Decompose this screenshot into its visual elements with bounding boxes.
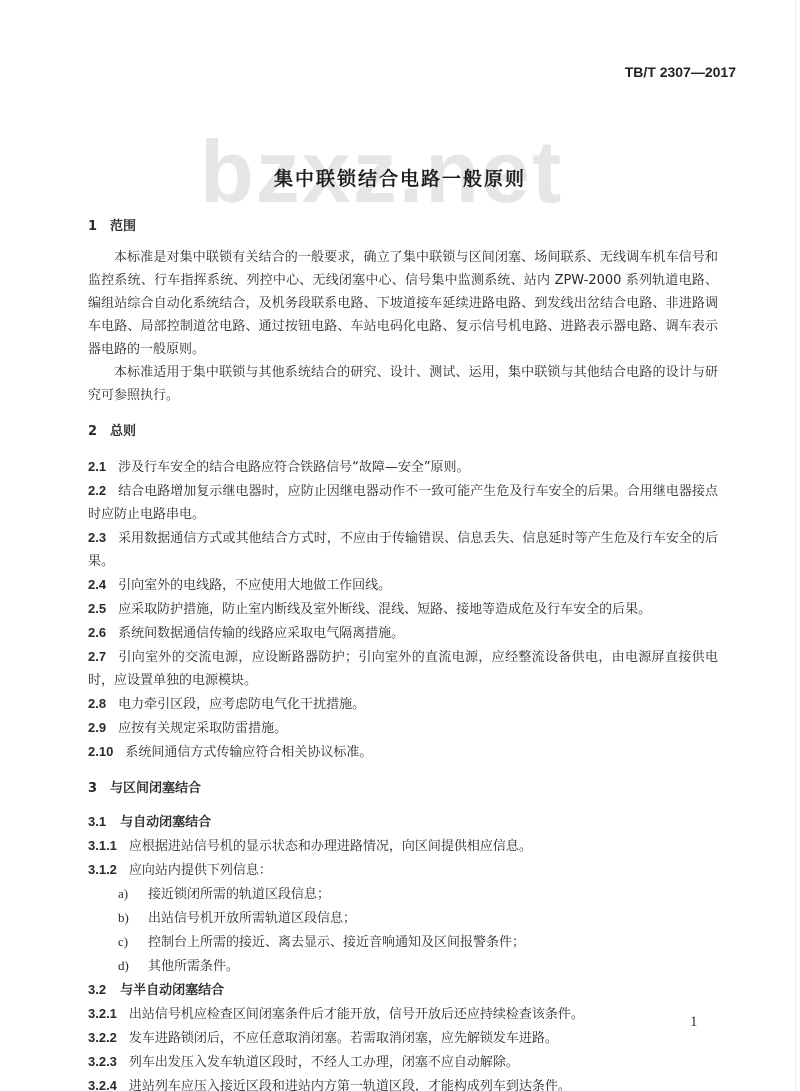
list-label: a) (118, 882, 148, 905)
clause-2-6: 2.6系统间数据通信传输的线路应采取电气隔离措施。 (88, 621, 718, 645)
clause-3-2-4: 3.2.4进站列车应压入接近区段和进站内方第一轨道区段，才能构成列车到达条件。 (88, 1074, 718, 1091)
clause-2-5: 2.5应采取防护措施，防止室内断线及室外断线、混线、短路、接地等造成危及行车安全… (88, 597, 718, 621)
clause-number: 2.2 (88, 483, 106, 498)
clause-text: 系统间通信方式传输应符合相关协议标准。 (125, 745, 372, 760)
subsection-heading-3-1: 3.1与自动闭塞结合 (88, 810, 718, 834)
clause-3-1-1: 3.1.1应根据进站信号机的显示状态和办理进路情况，向区间提供相应信息。 (88, 834, 718, 858)
clause-text: 引向室外的电线路，不应使用大地做工作回线。 (118, 578, 391, 593)
section-title: 总则 (110, 424, 136, 439)
clause-text: 结合电路增加复示继电器时，应防止因继电器动作不一致可能产生危及行车安全的后果。合… (88, 484, 718, 522)
list-text: 控制台上所需的接近、离去显示、接近音响通知及区间报警条件； (148, 935, 525, 950)
clause-number: 2.9 (88, 720, 106, 735)
clause-2-7: 2.7引向室外的交流电源，应设断路器防护；引向室外的直流电源，应经整流设备供电，… (88, 645, 718, 692)
clause-2-4: 2.4引向室外的电线路，不应使用大地做工作回线。 (88, 573, 718, 597)
section-heading-1: 1范围 (88, 216, 718, 238)
document-body: 1范围 本标准是对集中联锁有关结合的一般要求，确立了集中联锁与区间闭塞、场间联系… (88, 216, 718, 1091)
clause-number: 3.2.3 (88, 1054, 117, 1069)
clause-text: 涉及行车安全的结合电路应符合铁路信号“故障—安全”原则。 (118, 460, 469, 475)
clause-text: 应按有关规定采取防雷措施。 (118, 721, 287, 736)
paragraph: 本标准是对集中联锁有关结合的一般要求，确立了集中联锁与区间闭塞、场间联系、无线调… (88, 246, 718, 361)
section-title: 范围 (110, 219, 136, 234)
clause-text: 电力牵引区段，应考虑防电气化干扰措施。 (118, 697, 365, 712)
clause-number: 2.6 (88, 625, 106, 640)
section-title: 与区间闭塞结合 (110, 781, 201, 796)
section-heading-2: 2总则 (88, 421, 718, 443)
list-item-c: c)控制台上所需的接近、离去显示、接近音响通知及区间报警条件； (88, 930, 718, 954)
clause-2-2: 2.2结合电路增加复示继电器时，应防止因继电器动作不一致可能产生危及行车安全的后… (88, 479, 718, 526)
clause-text: 系统间数据通信传输的线路应采取电气隔离措施。 (118, 626, 404, 641)
clause-text: 列车出发压入发车轨道区段时，不经人工办理，闭塞不应自动解除。 (129, 1055, 519, 1070)
list-text: 其他所需条件。 (148, 959, 239, 974)
subsection-number: 3.2 (88, 982, 106, 997)
clause-3-1-2: 3.1.2应向站内提供下列信息： (88, 858, 718, 882)
clause-text: 进站列车应压入接近区段和进站内方第一轨道区段，才能构成列车到达条件。 (129, 1079, 571, 1091)
subsection-heading-3-2: 3.2与半自动闭塞结合 (88, 978, 718, 1002)
list-item-a: a)接近锁闭所需的轨道区段信息； (88, 882, 718, 906)
section-heading-3: 3与区间闭塞结合 (88, 778, 718, 800)
clause-2-8: 2.8电力牵引区段，应考虑防电气化干扰措施。 (88, 692, 718, 716)
clause-text: 应采取防护措施，防止室内断线及室外断线、混线、短路、接地等造成危及行车安全的后果… (118, 602, 651, 617)
clause-2-3: 2.3采用数据通信方式或其他结合方式时，不应由于传输错误、信息丢失、信息延时等产… (88, 526, 718, 573)
list-label: d) (118, 954, 148, 977)
clause-2-1: 2.1涉及行车安全的结合电路应符合铁路信号“故障—安全”原则。 (88, 455, 718, 479)
list-text: 出站信号机开放所需轨道区段信息； (148, 911, 356, 926)
clause-number: 2.5 (88, 601, 106, 616)
section-number: 2 (88, 421, 110, 443)
clause-number: 3.1.1 (88, 838, 117, 853)
subsection-title: 与半自动闭塞结合 (120, 983, 224, 998)
clause-number: 3.2.4 (88, 1078, 117, 1091)
clause-3-2-1: 3.2.1出站信号机应检查区间闭塞条件后才能开放，信号开放后还应持续检查该条件。 (88, 1002, 718, 1026)
subsection-title: 与自动闭塞结合 (120, 815, 211, 830)
page-number: 1 (690, 1014, 698, 1031)
clause-number: 2.3 (88, 530, 106, 545)
clause-number: 2.7 (88, 649, 106, 664)
list-item-b: b)出站信号机开放所需轨道区段信息； (88, 906, 718, 930)
clause-3-2-3: 3.2.3列车出发压入发车轨道区段时，不经人工办理，闭塞不应自动解除。 (88, 1050, 718, 1074)
clause-number: 2.4 (88, 577, 106, 592)
clause-2-9: 2.9应按有关规定采取防雷措施。 (88, 716, 718, 740)
list-text: 接近锁闭所需的轨道区段信息； (148, 887, 330, 902)
clause-text: 采用数据通信方式或其他结合方式时，不应由于传输错误、信息丢失、信息延时等产生危及… (88, 531, 718, 569)
document-title: 集中联锁结合电路一般原则 (0, 164, 800, 191)
list-item-d: d)其他所需条件。 (88, 954, 718, 978)
clause-text: 发车进路锁闭后，不应任意取消闭塞。若需取消闭塞，应先解锁发车进路。 (129, 1031, 558, 1046)
clause-text: 应根据进站信号机的显示状态和办理进路情况，向区间提供相应信息。 (129, 839, 532, 854)
subsection-number: 3.1 (88, 814, 106, 829)
clause-number: 3.2.2 (88, 1030, 117, 1045)
clause-number: 2.8 (88, 696, 106, 711)
standard-code: TB/T 2307—2017 (625, 64, 736, 80)
clause-number: 2.10 (88, 744, 113, 759)
paragraph: 本标准适用于集中联锁与其他系统结合的研究、设计、测试、运用，集中联锁与其他结合电… (88, 361, 718, 407)
list-label: b) (118, 906, 148, 929)
section-number: 3 (88, 778, 110, 800)
clause-2-10: 2.10系统间通信方式传输应符合相关协议标准。 (88, 740, 718, 764)
clause-text: 出站信号机应检查区间闭塞条件后才能开放，信号开放后还应持续检查该条件。 (129, 1007, 584, 1022)
list-label: c) (118, 930, 148, 953)
clause-number: 2.1 (88, 459, 106, 474)
clause-text: 应向站内提供下列信息： (129, 863, 272, 878)
clause-number: 3.1.2 (88, 862, 117, 877)
clause-number: 3.2.1 (88, 1006, 117, 1021)
clause-text: 引向室外的交流电源，应设断路器防护；引向室外的直流电源，应经整流设备供电，由电源… (88, 650, 718, 688)
clause-3-2-2: 3.2.2发车进路锁闭后，不应任意取消闭塞。若需取消闭塞，应先解锁发车进路。 (88, 1026, 718, 1050)
section-number: 1 (88, 216, 110, 238)
